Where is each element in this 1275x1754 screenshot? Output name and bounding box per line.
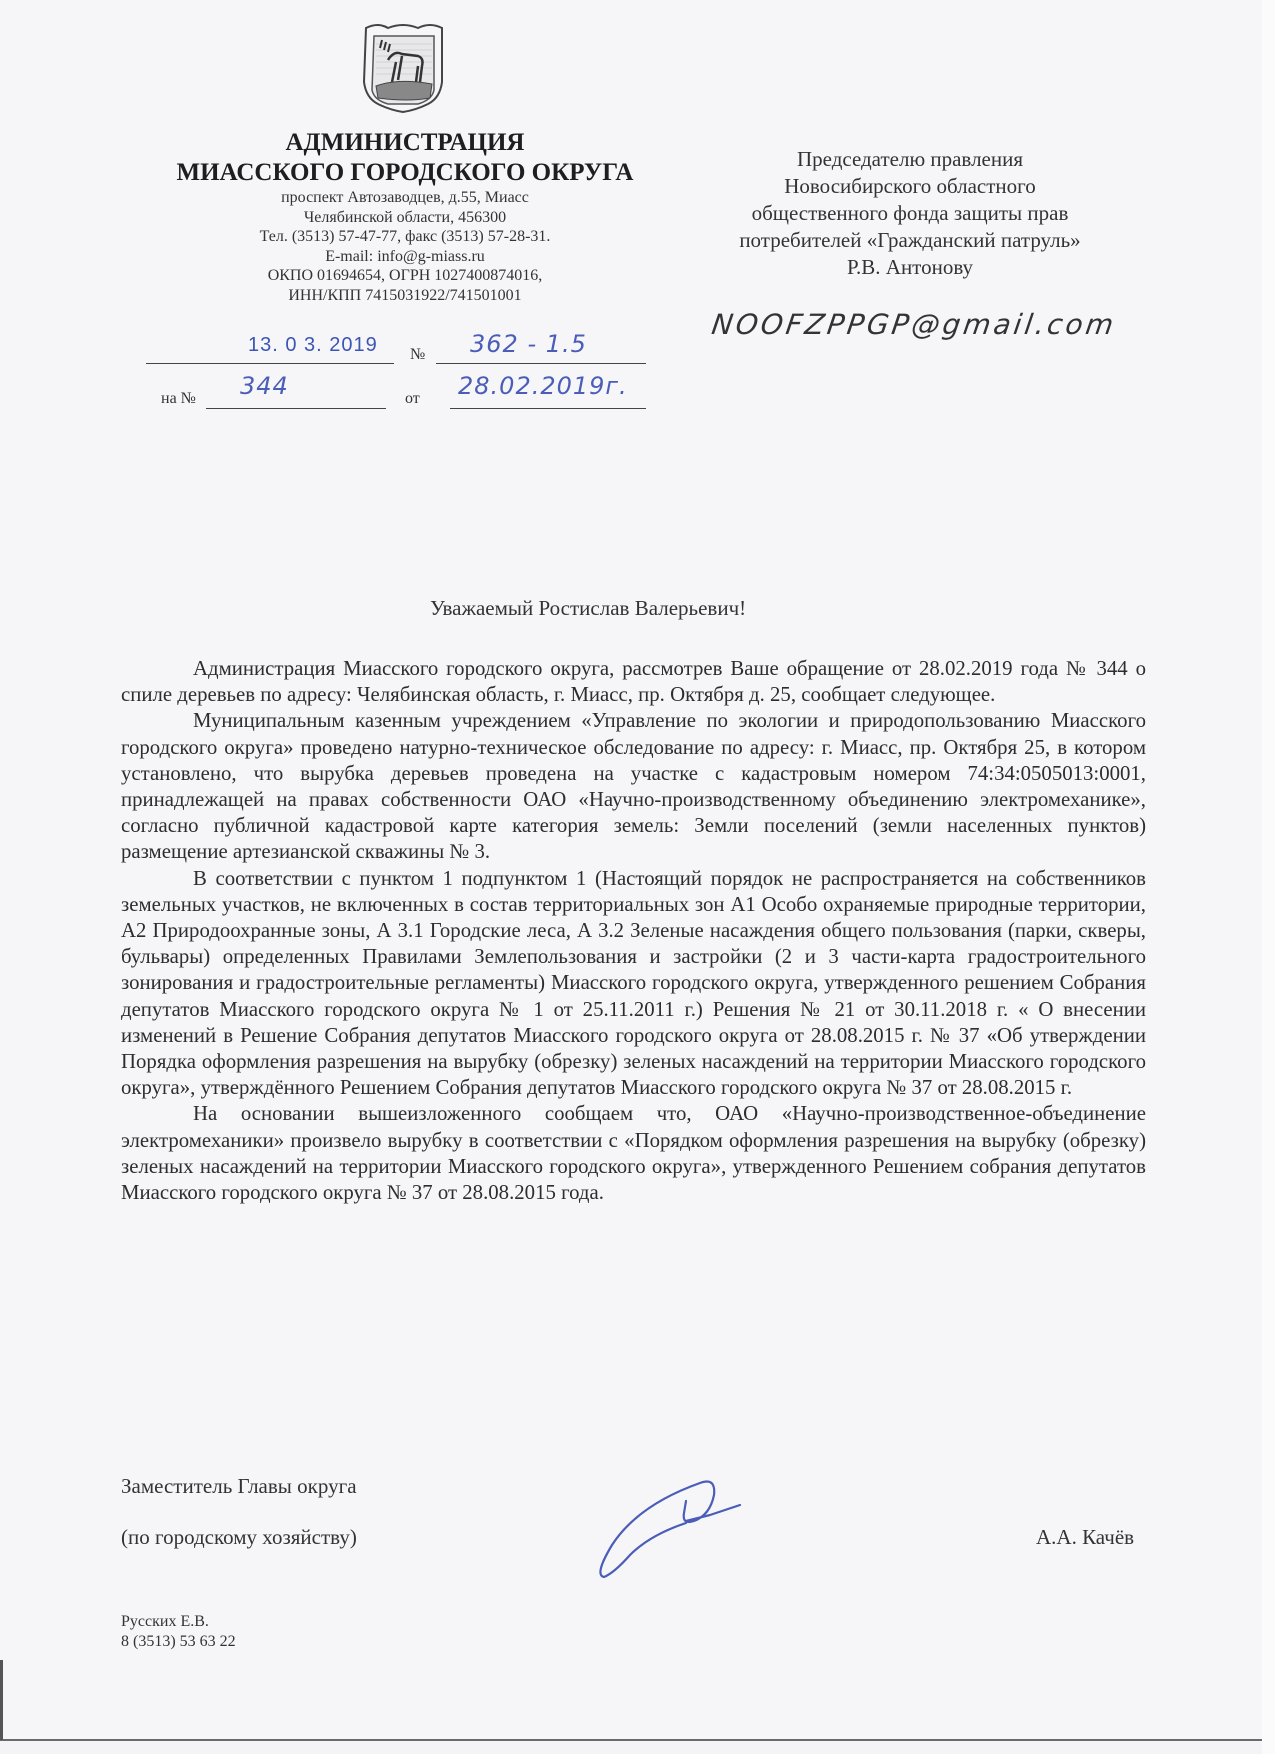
addressee-block: Председателю правления Новосибирского об… bbox=[690, 146, 1130, 281]
date-stamp: 13. 0 3. 2019 bbox=[248, 334, 378, 357]
org-phones: Тел. (3513) 57-47-77, факс (3513) 57-28-… bbox=[140, 227, 670, 247]
salutation: Уважаемый Ростислав Валерьевич! bbox=[430, 596, 746, 621]
signatory-name: А.А. Качёв bbox=[1036, 1525, 1134, 1550]
signatory-title: Заместитель Главы округа bbox=[121, 1474, 357, 1499]
ref-number-label: на № bbox=[161, 390, 196, 408]
coat-of-arms-icon bbox=[358, 20, 448, 116]
ref-date-underline bbox=[450, 408, 646, 409]
body-paragraph: В соответствии с пунктом 1 подпунктом 1 … bbox=[121, 866, 1146, 1102]
org-codes: ОКПО 01694654, ОГРН 1027400874016, bbox=[140, 266, 670, 286]
letter-body: Администрация Миасского городского округ… bbox=[121, 656, 1146, 1206]
executor-block: Русских Е.В. 8 (3513) 53 63 22 bbox=[121, 1612, 236, 1652]
ref-number: 344 bbox=[240, 372, 289, 400]
executor-phone: 8 (3513) 53 63 22 bbox=[121, 1632, 236, 1652]
letterhead: АДМИНИСТРАЦИЯ МИАССКОГО ГОРОДСКОГО ОКРУГ… bbox=[140, 128, 670, 305]
scan-margin bbox=[1262, 0, 1275, 1754]
executor-name: Русских Е.В. bbox=[121, 1612, 236, 1632]
ref-date-label: от bbox=[405, 390, 420, 408]
addressee-line3: общественного фонда защиты прав bbox=[690, 200, 1130, 227]
org-address-line2: Челябинской области, 456300 bbox=[140, 208, 670, 228]
ref-number-underline bbox=[206, 408, 386, 409]
addressee-name: Р.В. Антонову bbox=[690, 254, 1130, 281]
handwritten-email: NOOFZPPGP@gmail.com bbox=[710, 308, 1119, 341]
scan-bottom-edge bbox=[0, 1739, 1262, 1741]
signatory-department: (по городскому хозяйству) bbox=[121, 1525, 357, 1550]
outgoing-number: 362 - 1.5 bbox=[470, 330, 587, 358]
org-address-line1: проспект Автозаводцев, д.55, Миасс bbox=[140, 188, 670, 208]
org-inn-kpp: ИНН/КПП 7415031922/741501001 bbox=[140, 286, 670, 306]
org-name-line1: АДМИНИСТРАЦИЯ bbox=[140, 128, 670, 158]
org-name-line2: МИАССКОГО ГОРОДСКОГО ОКРУГА bbox=[140, 158, 670, 188]
body-paragraph: На основании вышеизложенного сообщаем чт… bbox=[121, 1101, 1146, 1206]
addressee-line4: потребителей «Гражданский патруль» bbox=[690, 227, 1130, 254]
ref-date: 28.02.2019г. bbox=[458, 372, 628, 400]
number-underline bbox=[436, 363, 646, 364]
scan-left-edge bbox=[0, 1660, 3, 1740]
org-email: E-mail: info@g-miass.ru bbox=[140, 247, 670, 267]
signature-icon bbox=[590, 1465, 770, 1585]
body-paragraph: Муниципальным казенным учреждением «Упра… bbox=[121, 708, 1146, 865]
body-paragraph: Администрация Миасского городского округ… bbox=[121, 656, 1146, 708]
date-underline bbox=[146, 363, 394, 364]
number-label: № bbox=[410, 346, 425, 364]
addressee-line2: Новосибирского областного bbox=[690, 173, 1130, 200]
addressee-line1: Председателю правления bbox=[690, 146, 1130, 173]
